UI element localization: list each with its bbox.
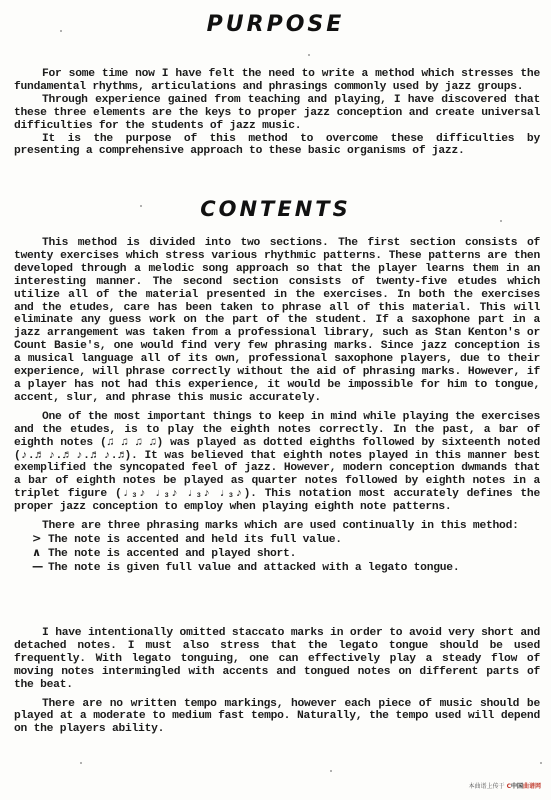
accent-mark-icon: > [32, 533, 48, 546]
scan-speck [500, 220, 502, 222]
watermark-prefix: 本曲谱上传于 [469, 783, 505, 790]
phrasing-mark-item: —The note is given full value and attack… [14, 561, 540, 575]
scan-speck [140, 205, 142, 207]
contents-paragraph: There are three phrasing marks which are… [14, 520, 540, 533]
closing-paragraph: I have intentionally omitted staccato ma… [14, 627, 540, 692]
purpose-paragraph: It is the purpose of this method to over… [14, 133, 540, 159]
watermark-site-b: 曲谱网 [523, 783, 541, 790]
contents-section: This method is divided into two sections… [14, 237, 540, 575]
scan-speck [60, 30, 62, 32]
contents-heading: CONTENTS [0, 197, 551, 221]
tenuto-mark-icon: — [32, 561, 48, 574]
scan-speck [540, 762, 542, 764]
scanned-page: PURPOSE For some time now I have felt th… [0, 0, 551, 800]
purpose-section: For some time now I have felt the need t… [14, 68, 540, 158]
phrasing-mark-text: The note is accented and held its full v… [48, 534, 342, 546]
closing-paragraph: There are no written tempo markings, how… [14, 698, 540, 737]
purpose-paragraph: Through experience gained from teaching … [14, 94, 540, 133]
closing-section: I have intentionally omitted staccato ma… [14, 627, 540, 736]
scan-speck [330, 770, 332, 772]
watermark: 本曲谱上传于 C中国曲谱网 [469, 781, 541, 790]
purpose-paragraph: For some time now I have felt the need t… [14, 68, 540, 94]
scan-speck [80, 762, 82, 764]
phrasing-mark-item: ∧The note is accented and played short. [14, 547, 540, 561]
phrasing-mark-text: The note is given full value and attacke… [48, 562, 459, 574]
phrasing-marks-list: >The note is accented and held its full … [14, 533, 540, 575]
phrasing-mark-text: The note is accented and played short. [48, 548, 296, 560]
purpose-heading: PURPOSE [0, 12, 551, 37]
phrasing-mark-item: >The note is accented and held its full … [14, 533, 540, 547]
watermark-site-a: 中国 [511, 783, 523, 790]
contents-paragraph: One of the most important things to keep… [14, 411, 540, 514]
scan-speck [308, 54, 310, 56]
contents-paragraph: This method is divided into two sections… [14, 237, 540, 405]
marcato-mark-icon: ∧ [32, 547, 48, 560]
